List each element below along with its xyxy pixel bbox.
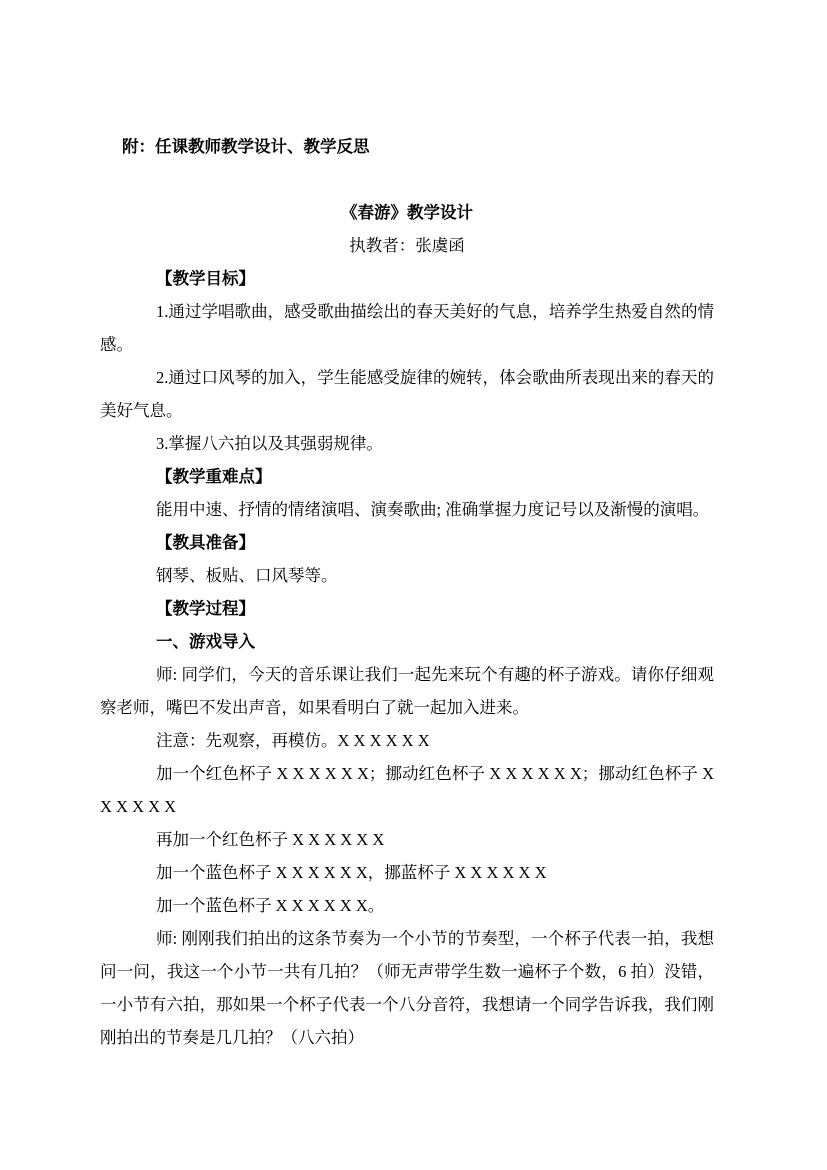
document-page: 附：任课教师教学设计、教学反思 《春游》教学设计 执教者：张虞函 【教学目标】 … bbox=[0, 0, 827, 1170]
section-heading-key-points: 【教学重难点】 bbox=[100, 460, 714, 493]
process-paragraph-blue-cup-2: 加一个蓝色杯子 X X X X X X。 bbox=[100, 889, 714, 922]
process-paragraph-teacher-rhythm: 师: 刚刚我们拍出的这条节奏为一个小节的节奏型，一个杯子代表一拍，我想问一问，我… bbox=[100, 922, 714, 1054]
instructor-line: 执教者：张虞函 bbox=[100, 229, 714, 262]
section-heading-process: 【教学过程】 bbox=[100, 592, 714, 625]
document-title: 《春游》教学设计 bbox=[100, 196, 714, 229]
objective-item-2: 2.通过口风琴的加入，学生能感受旋律的婉转，体会歌曲所表现出来的春天的美好气息。 bbox=[100, 361, 714, 427]
key-points-body: 能用中速、抒情的情绪演唱、演奏歌曲; 准确掌握力度记号以及渐慢的演唱。 bbox=[100, 493, 714, 526]
attachment-heading: 附：任课教师教学设计、教学反思 bbox=[100, 130, 714, 163]
materials-body: 钢琴、板贴、口风琴等。 bbox=[100, 559, 714, 592]
objective-item-1: 1.通过学唱歌曲，感受歌曲描绘出的春天美好的气息，培养学生热爱自然的情感。 bbox=[100, 295, 714, 361]
section-heading-objectives: 【教学目标】 bbox=[100, 262, 714, 295]
section-heading-materials: 【教具准备】 bbox=[100, 526, 714, 559]
process-paragraph-red-cup-2: 再加一个红色杯子 X X X X X X bbox=[100, 823, 714, 856]
process-paragraph-notice: 注意：先观察，再模仿。X X X X X X bbox=[100, 724, 714, 757]
process-part1-heading: 一、游戏导入 bbox=[100, 625, 714, 658]
objective-item-3: 3.掌握八六拍以及其强弱规律。 bbox=[100, 427, 714, 460]
process-paragraph-blue-cup-1: 加一个蓝色杯子 X X X X X X，挪蓝杯子 X X X X X X bbox=[100, 856, 714, 889]
process-paragraph-teacher-intro: 师: 同学们，今天的音乐课让我们一起先来玩个有趣的杯子游戏。请你仔细观察老师，嘴… bbox=[100, 658, 714, 724]
process-paragraph-red-cup-1: 加一个红色杯子 X X X X X X；挪动红色杯子 X X X X X X；挪… bbox=[100, 757, 714, 823]
